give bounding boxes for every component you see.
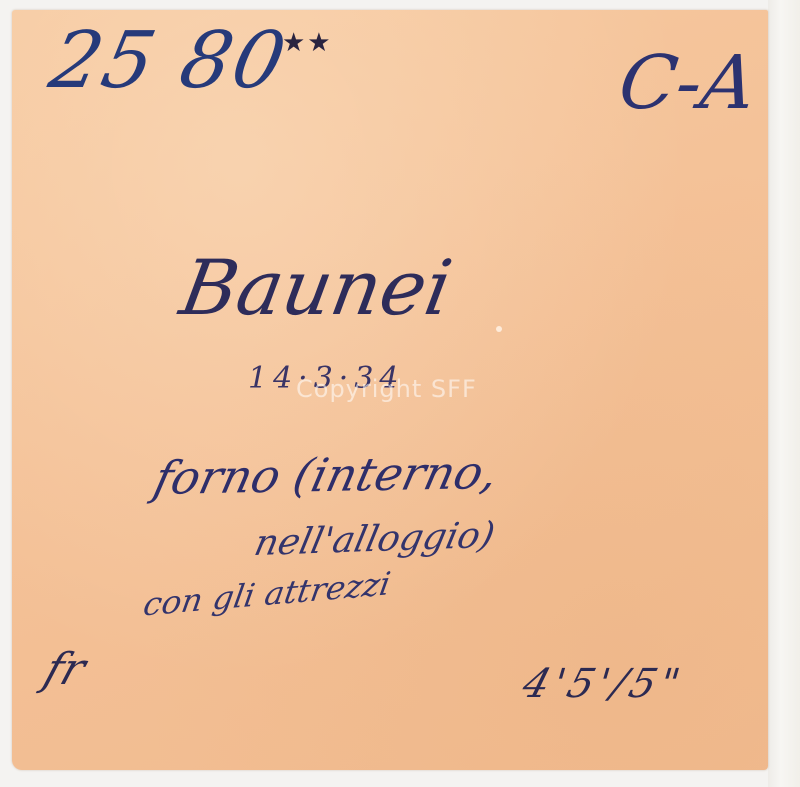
collection-code: C-A [615, 46, 760, 120]
catalog-number: 25 80 [44, 22, 294, 100]
description-line-2: nell'alloggio) [251, 518, 498, 562]
description-line-1: forno (interno, [150, 449, 503, 501]
exposure-note: 4'5'/5" [518, 664, 688, 704]
catalog-stars-mark: ★★ [282, 30, 333, 56]
background-margin [768, 0, 800, 787]
copyright-watermark: Copyright SFF [296, 375, 477, 403]
place-name: Baunei [175, 250, 457, 326]
paper-blemish [496, 326, 502, 332]
